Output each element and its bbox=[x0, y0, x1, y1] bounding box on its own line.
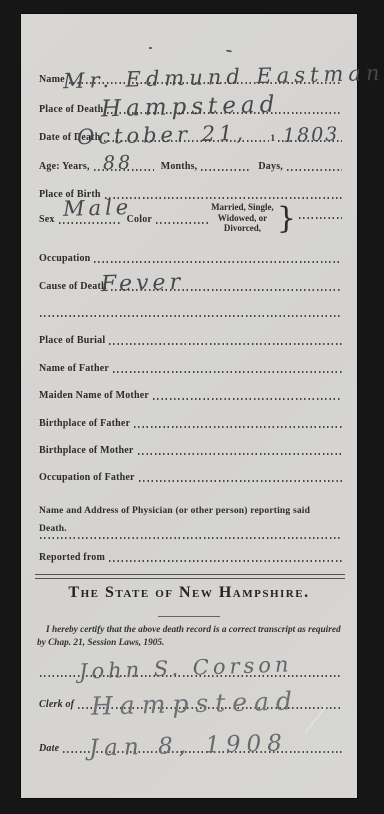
name-handwritten-value: Mr. Edmund Eastman bbox=[63, 61, 384, 93]
date-of-death-handwritten-value: October 21, bbox=[77, 121, 248, 149]
clerk-signature-handwritten: John S. Corson bbox=[79, 652, 293, 683]
dotted-line bbox=[113, 371, 342, 373]
cause-of-death-handwritten-value: Fever bbox=[101, 270, 185, 297]
occupation-row: Occupation bbox=[39, 244, 343, 264]
physician-row: Name and Address of Physician (or other … bbox=[39, 500, 343, 536]
continuation-line bbox=[39, 314, 343, 318]
reported-from-row: Reported from bbox=[39, 543, 343, 563]
scanned-document-page: Name Mr. Edmund Eastman Place of Death H… bbox=[0, 0, 384, 814]
dotted-line bbox=[105, 197, 342, 199]
sex-handwritten-value: Male bbox=[63, 195, 133, 221]
double-rule-divider bbox=[35, 574, 345, 579]
occupation-label: Occupation bbox=[39, 254, 93, 264]
date-of-death-row: Date of Death 1 October 21, 1803 bbox=[39, 123, 343, 143]
age-months-label: Months, bbox=[155, 162, 201, 172]
maiden-name-of-mother-label: Maiden Name of Mother bbox=[39, 391, 152, 401]
birthplace-of-father-label: Birthplace of Father bbox=[39, 419, 133, 429]
birthplace-of-mother-row: Birthplace of Mother bbox=[39, 436, 343, 456]
dotted-line bbox=[156, 222, 208, 224]
dotted-line bbox=[139, 480, 342, 482]
occupation-of-father-row: Occupation of Father bbox=[39, 463, 343, 483]
place-of-death-handwritten-value: Hampstead bbox=[101, 92, 280, 123]
sex-label: Sex bbox=[39, 215, 58, 225]
dotted-line bbox=[40, 537, 342, 539]
dotted-line bbox=[134, 426, 342, 428]
heading-underline bbox=[158, 616, 220, 617]
dotted-line bbox=[153, 398, 342, 400]
cause-of-death-label: Cause of Death bbox=[39, 282, 110, 292]
name-row: Name Mr. Edmund Eastman bbox=[39, 65, 343, 85]
brace-glyph: } bbox=[277, 205, 296, 232]
place-of-death-label: Place of Death bbox=[39, 105, 106, 115]
dotted-line bbox=[201, 169, 251, 171]
dotted-line bbox=[94, 261, 342, 263]
clerk-of-row: Clerk of Hampstead bbox=[39, 690, 343, 710]
certificate-date-handwritten-value: Jan 8, 1908 bbox=[89, 730, 288, 761]
place-of-burial-row: Place of Burial bbox=[39, 326, 343, 346]
clerk-of-label: Clerk of bbox=[39, 700, 77, 710]
sex-color-marital-row: Sex Color Married, Single, Widowed, or D… bbox=[39, 200, 343, 236]
state-heading: The State of New Hampshire. bbox=[21, 584, 357, 602]
clerk-signature-row: John S. Corson bbox=[39, 654, 343, 678]
physician-entry-line bbox=[39, 536, 343, 540]
physician-label: Name and Address of Physician (or other … bbox=[39, 506, 310, 534]
ink-speck bbox=[226, 50, 232, 53]
place-of-burial-label: Place of Burial bbox=[39, 336, 108, 346]
reported-from-label: Reported from bbox=[39, 553, 108, 563]
dotted-line bbox=[40, 315, 342, 317]
dotted-line bbox=[287, 169, 342, 171]
age-years-label: Age: Years, bbox=[39, 162, 93, 172]
certificate-date-row: Date Jan 8, 1908 bbox=[39, 734, 343, 754]
clerk-of-handwritten-value: Hampstead bbox=[91, 686, 300, 720]
dotted-line bbox=[109, 560, 342, 562]
maiden-name-of-mother-row: Maiden Name of Mother bbox=[39, 381, 343, 401]
dotted-line bbox=[109, 343, 342, 345]
dotted-line bbox=[138, 453, 342, 455]
name-of-father-label: Name of Father bbox=[39, 364, 112, 374]
marital-line-3: Divorced, bbox=[211, 223, 274, 234]
ink-speck bbox=[149, 47, 152, 49]
certify-statement: I hereby certify that the above death re… bbox=[37, 624, 343, 651]
age-years-handwritten-value: 88 bbox=[103, 152, 134, 175]
cause-of-death-row: Cause of Death Fever bbox=[39, 272, 343, 292]
birthplace-of-mother-label: Birthplace of Mother bbox=[39, 446, 137, 456]
printed-year-prefix: 1 bbox=[271, 133, 276, 143]
dotted-line bbox=[299, 217, 342, 219]
dotted-line bbox=[59, 222, 121, 224]
death-record-card: Name Mr. Edmund Eastman Place of Death H… bbox=[21, 14, 357, 798]
place-of-death-row: Place of Death Hampstead bbox=[39, 95, 343, 115]
name-of-father-row: Name of Father bbox=[39, 354, 343, 374]
marital-line-2: Widowed, or bbox=[211, 213, 274, 224]
year-handwritten-value: 1803 bbox=[282, 123, 339, 146]
age-row: Age: Years, Months, Days, 88 bbox=[39, 152, 343, 172]
birthplace-of-father-row: Birthplace of Father bbox=[39, 409, 343, 429]
certificate-date-label: Date bbox=[39, 744, 62, 754]
marital-line-1: Married, Single, bbox=[211, 202, 274, 213]
marital-status-options: Married, Single, Widowed, or Divorced, bbox=[211, 202, 274, 234]
occupation-of-father-label: Occupation of Father bbox=[39, 473, 138, 483]
age-days-label: Days, bbox=[252, 162, 286, 172]
